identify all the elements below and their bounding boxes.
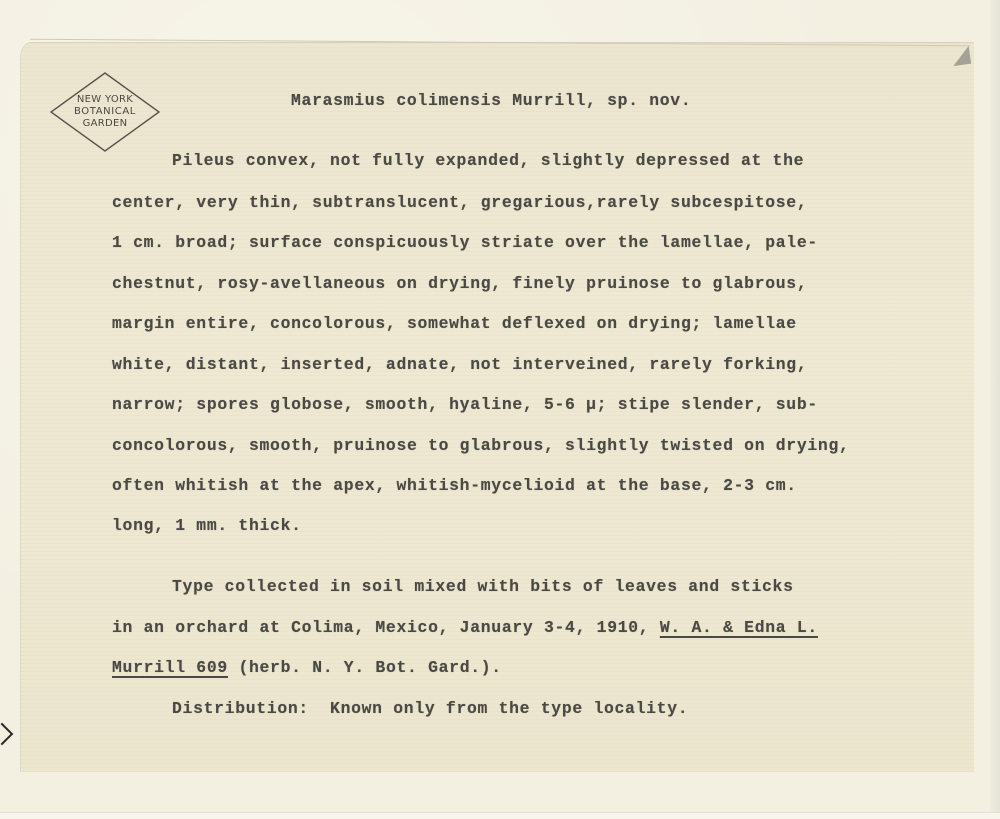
type-collection-line: Murrill 609 (herb. N. Y. Bot. Gard.). (112, 658, 502, 677)
species-title: Marasmius colimensis Murrill, sp. nov. (291, 91, 691, 110)
herbarium-reference: (herb. N. Y. Bot. Gard.). (228, 658, 502, 677)
torn-corner (951, 46, 971, 66)
description-line: 1 cm. broad; surface conspicuously stria… (112, 233, 818, 252)
stamp-line: NEW YORK (50, 94, 160, 106)
backing-bottom-strip (0, 812, 1000, 819)
backing-right-edge (990, 0, 1000, 819)
collectors-underlined: W. A. & Edna L. (660, 618, 818, 637)
description-line: center, very thin, subtranslucent, grega… (112, 193, 807, 212)
description-line: chestnut, rosy-avellaneous on drying, fi… (112, 274, 807, 293)
description-line: long, 1 mm. thick. (112, 516, 302, 535)
collector-number-underlined: Murrill 609 (112, 658, 228, 677)
description-line: often whitish at the apex, whitish-mycel… (112, 476, 797, 495)
stamp-line: BOTANICAL (50, 106, 160, 118)
description-line: white, distant, inserted, adnate, not in… (112, 355, 807, 374)
description-line: narrow; spores globose, smooth, hyaline,… (112, 395, 818, 414)
distribution-line: Distribution: Known only from the type l… (172, 699, 688, 718)
collection-locality-date: in an orchard at Colima, Mexico, January… (112, 618, 660, 637)
description-line: Pileus convex, not fully expanded, sligh… (172, 151, 804, 170)
type-collection-line: Type collected in soil mixed with bits o… (172, 577, 794, 596)
nybg-stamp: NEW YORK BOTANICAL GARDEN (50, 72, 160, 152)
description-line: concolorous, smooth, pruinose to glabrou… (112, 436, 850, 455)
description-line: margin entire, concolorous, somewhat def… (112, 314, 797, 333)
type-collection-line: in an orchard at Colima, Mexico, January… (112, 618, 818, 637)
stamp-line: GARDEN (50, 118, 160, 130)
